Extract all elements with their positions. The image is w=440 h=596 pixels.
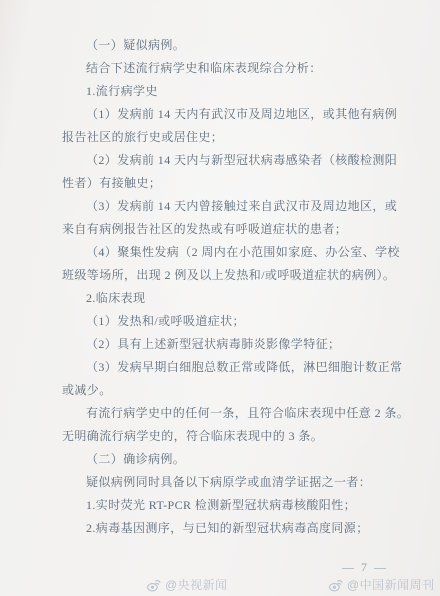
body-text: （一）疑似病例。 结合下述流行病学史和临床表现综合分析： 1.流行病学史 （1）… xyxy=(62,34,382,540)
weibo-icon xyxy=(146,578,162,592)
text-line: （1）发热和/或呼吸道症状； xyxy=(62,310,382,333)
watermark-china-newsweek: @中国新闻周刊 xyxy=(328,576,435,593)
text-line: 结合下述流行病学史和临床表现综合分析： xyxy=(62,57,382,80)
page-number: — 7 — xyxy=(342,560,388,575)
text-line: 1.流行病学史 xyxy=(62,80,382,103)
text-line: 有流行病学史中的任何一条，且符合临床表现中任意 2 条。 xyxy=(62,402,382,425)
text-line: 班级等场所，出现 2 例及以上发热和/或呼吸道症状的病例）。 xyxy=(62,264,382,287)
text-line: 报告社区的旅行史或居住史； xyxy=(62,126,382,149)
text-line: 疑似病例同时具备以下病原学或血清学证据之一者： xyxy=(62,471,382,494)
text-line: （3）发病前 14 天内曾接触过来自武汉市及周边地区，或 xyxy=(62,195,382,218)
text-line: 2.临床表现 xyxy=(62,287,382,310)
text-line: （3）发病早期白细胞总数正常或降低，淋巴细胞计数正常 xyxy=(62,356,382,379)
text-line: 1.实时荧光 RT-PCR 检测新型冠状病毒核酸阳性； xyxy=(62,494,382,517)
text-line: 或减少。 xyxy=(62,379,382,402)
watermark-cctv-news: @央视新闻 xyxy=(146,576,228,593)
text-line: （二）确诊病例。 xyxy=(62,448,382,471)
text-line: （2）具有上述新型冠状病毒肺炎影像学特征； xyxy=(62,333,382,356)
text-line: （一）疑似病例。 xyxy=(62,34,382,57)
text-line: 2.病毒基因测序，与已知的新型冠状病毒高度同源； xyxy=(62,517,382,540)
watermark-text: @中国新闻周刊 xyxy=(347,576,435,593)
watermark-text: @央视新闻 xyxy=(165,576,228,593)
text-line: （1）发病前 14 天内有武汉市及周边地区，或其他有病例 xyxy=(62,103,382,126)
text-line: 性者）有接触史； xyxy=(62,172,382,195)
text-line: （4）聚集性发病（2 周内在小范围如家庭、办公室、学校 xyxy=(62,241,382,264)
text-line: 无明确流行病学史的，符合临床表现中的 3 条。 xyxy=(62,425,382,448)
document-page: （一）疑似病例。 结合下述流行病学史和临床表现综合分析： 1.流行病学史 （1）… xyxy=(0,0,440,596)
weibo-icon xyxy=(328,578,344,592)
text-line: （2）发病前 14 天内与新型冠状病毒感染者（核酸检测阳 xyxy=(62,149,382,172)
text-line: 来自有病例报告社区的发热或有呼吸道症状的患者； xyxy=(62,218,382,241)
